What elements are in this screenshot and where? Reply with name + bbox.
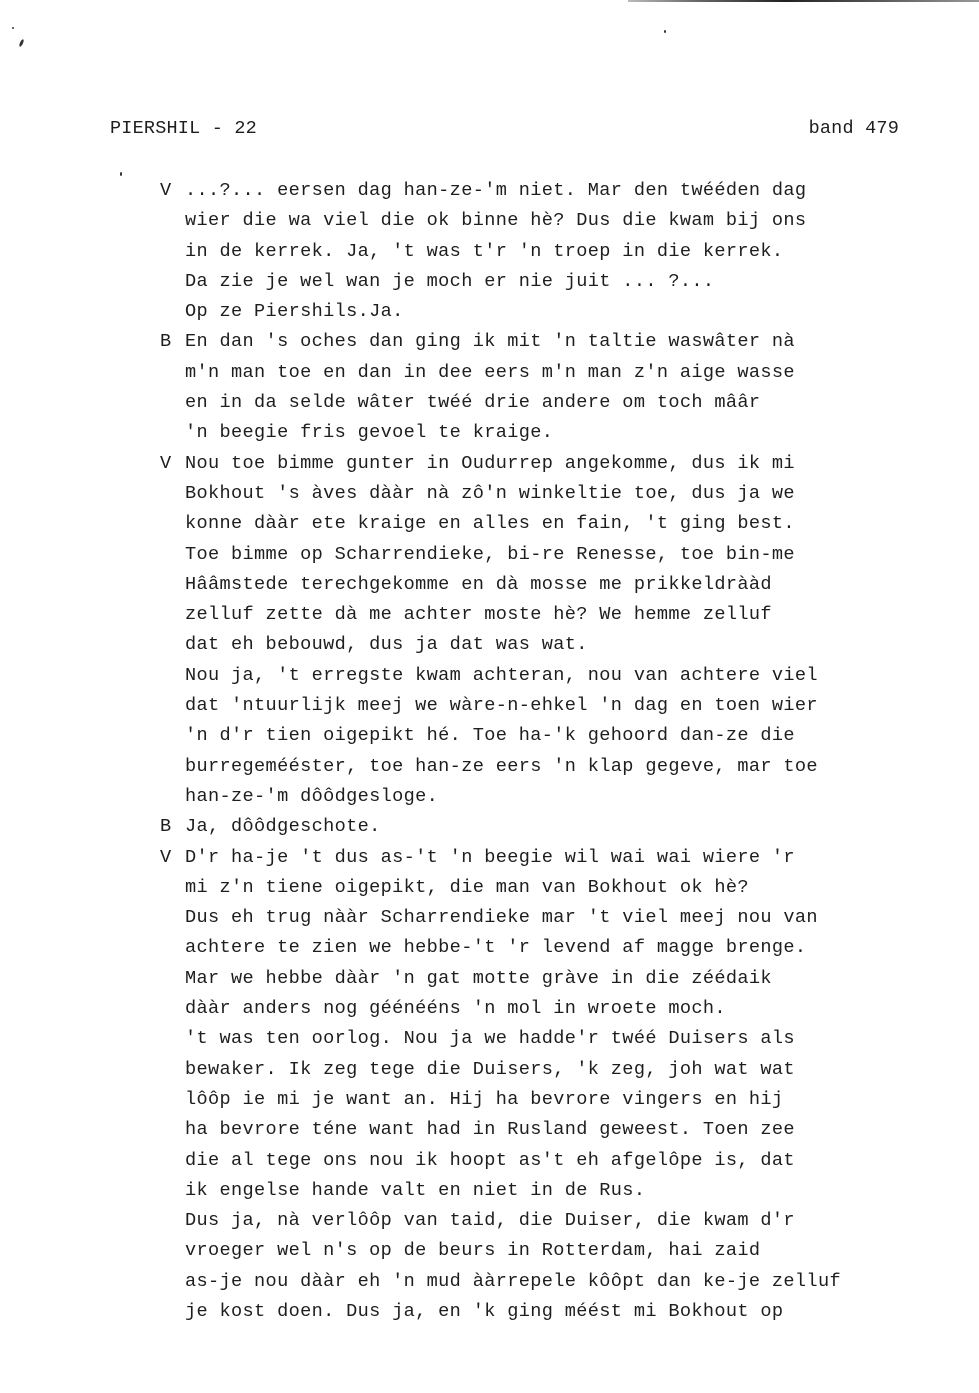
transcript-line: en in da selde wâter twéé drie andere om… (160, 388, 920, 418)
transcript-line: Op ze Piershils.Ja. (160, 297, 920, 327)
transcript-line: Mar we hebbe dààr 'n gat motte gràve in … (160, 964, 920, 994)
transcript-line: ik engelse hande valt en niet in de Rus. (160, 1176, 920, 1206)
transcript-line: dààr anders nog géénééns 'n mol in wroet… (160, 994, 920, 1024)
line-text: lôôp ie mi je want an. Hij ha bevrore vi… (185, 1085, 783, 1115)
transcript-line: 'n beegie fris gevoel te kraige. (160, 418, 920, 448)
tape-number: band 479 (809, 118, 899, 139)
line-text: Nou toe bimme gunter in Oudurrep angekom… (185, 449, 795, 479)
speaker-label: B (160, 812, 172, 842)
transcript-line: wier die wa viel die ok binne hè? Dus di… (160, 206, 920, 236)
speaker-label: V (160, 176, 172, 206)
scan-speck (18, 39, 24, 48)
transcript-line: dat 'ntuurlijk meej we wàre-n-ehkel 'n d… (160, 691, 920, 721)
line-text: 'n beegie fris gevoel te kraige. (185, 418, 553, 448)
line-text: Da zie je wel wan je moch er nie juit ..… (185, 267, 714, 297)
transcript-line: Hââmstede terechgekomme en dà mosse me p… (160, 570, 920, 600)
transcript-line: V...?... eersen dag han-ze-'m niet. Mar … (160, 176, 920, 206)
line-text: 'n d'r tien oigepikt hé. Toe ha-'k gehoo… (185, 721, 795, 751)
line-text: zelluf zette dà me achter moste hè? We h… (185, 600, 772, 630)
line-text: han-ze-'m dôôdgesloge. (185, 782, 438, 812)
line-text: D'r ha-je 't dus as-'t 'n beegie wil wai… (185, 843, 795, 873)
transcript-line: bewaker. Ik zeg tege die Duisers, 'k zeg… (160, 1055, 920, 1085)
line-text: Hââmstede terechgekomme en dà mosse me p… (185, 570, 772, 600)
transcript-line: in de kerrek. Ja, 't was t'r 'n troep in… (160, 237, 920, 267)
transcript-line: dat eh bebouwd, dus ja dat was wat. (160, 630, 920, 660)
transcript-body: V...?... eersen dag han-ze-'m niet. Mar … (160, 176, 920, 1327)
transcript-line: burregemééster, toe han-ze eers 'n klap … (160, 752, 920, 782)
transcript-line: Toe bimme op Scharrendieke, bi-re Reness… (160, 540, 920, 570)
line-text: as-je nou dààr eh 'n mud ààrrepele kôôpt… (185, 1267, 841, 1297)
transcript-line: zelluf zette dà me achter moste hè? We h… (160, 600, 920, 630)
line-text: en in da selde wâter twéé drie andere om… (185, 388, 760, 418)
transcript-line: VNou toe bimme gunter in Oudurrep angeko… (160, 449, 920, 479)
transcript-line: Bokhout 's àves dààr nà zô'n winkeltie t… (160, 479, 920, 509)
line-text: mi z'n tiene oigepikt, die man van Bokho… (185, 873, 749, 903)
line-text: Dus ja, nà verlôôp van taid, die Duiser,… (185, 1206, 795, 1236)
scan-edge-line (628, 0, 979, 2)
transcript-line: VD'r ha-je 't dus as-'t 'n beegie wil wa… (160, 843, 920, 873)
line-text: ik engelse hande valt en niet in de Rus. (185, 1176, 645, 1206)
scan-speck (12, 27, 14, 29)
transcript-line: 't was ten oorlog. Nou ja we hadde'r twé… (160, 1024, 920, 1054)
line-text: je kost doen. Dus ja, en 'k ging méést m… (185, 1297, 783, 1327)
line-text: m'n man toe en dan in dee eers m'n man z… (185, 358, 795, 388)
transcript-line: ha bevrore téne want had in Rusland gewe… (160, 1115, 920, 1145)
line-text: bewaker. Ik zeg tege die Duisers, 'k zeg… (185, 1055, 795, 1085)
transcript-line: as-je nou dààr eh 'n mud ààrrepele kôôpt… (160, 1267, 920, 1297)
scan-speck (120, 172, 122, 176)
line-text: dat eh bebouwd, dus ja dat was wat. (185, 630, 588, 660)
line-text: Bokhout 's àves dààr nà zô'n winkeltie t… (185, 479, 795, 509)
transcript-line: Dus ja, nà verlôôp van taid, die Duiser,… (160, 1206, 920, 1236)
transcript-line: m'n man toe en dan in dee eers m'n man z… (160, 358, 920, 388)
page-header: PIERSHIL - 22 band 479 (110, 118, 899, 142)
scan-speck (664, 30, 666, 33)
line-text: Ja, dôôdgeschote. (185, 812, 381, 842)
speaker-label: V (160, 449, 172, 479)
transcript-line: mi z'n tiene oigepikt, die man van Bokho… (160, 873, 920, 903)
document-title: PIERSHIL - 22 (110, 118, 257, 139)
transcript-line: je kost doen. Dus ja, en 'k ging méést m… (160, 1297, 920, 1327)
speaker-label: B (160, 327, 172, 357)
line-text: Toe bimme op Scharrendieke, bi-re Reness… (185, 540, 795, 570)
transcript-line: vroeger wel n's op de beurs in Rotterdam… (160, 1236, 920, 1266)
line-text: Dus eh trug nààr Scharrendieke mar 't vi… (185, 903, 818, 933)
line-text: dààr anders nog géénééns 'n mol in wroet… (185, 994, 726, 1024)
transcript-line: 'n d'r tien oigepikt hé. Toe ha-'k gehoo… (160, 721, 920, 751)
line-text: burregemééster, toe han-ze eers 'n klap … (185, 752, 818, 782)
line-text: Nou ja, 't erregste kwam achteran, nou v… (185, 661, 818, 691)
transcript-line: konne dààr ete kraige en alles en fain, … (160, 509, 920, 539)
line-text: achtere te zien we hebbe-'t 'r levend af… (185, 933, 806, 963)
line-text: En dan 's oches dan ging ik mit 'n talti… (185, 327, 795, 357)
transcript-line: die al tege ons nou ik hoopt as't eh afg… (160, 1146, 920, 1176)
line-text: ha bevrore téne want had in Rusland gewe… (185, 1115, 795, 1145)
line-text: 't was ten oorlog. Nou ja we hadde'r twé… (185, 1024, 795, 1054)
transcript-line: han-ze-'m dôôdgesloge. (160, 782, 920, 812)
line-text: die al tege ons nou ik hoopt as't eh afg… (185, 1146, 795, 1176)
transcript-line: BEn dan 's oches dan ging ik mit 'n talt… (160, 327, 920, 357)
line-text: vroeger wel n's op de beurs in Rotterdam… (185, 1236, 760, 1266)
transcript-line: Da zie je wel wan je moch er nie juit ..… (160, 267, 920, 297)
speaker-label: V (160, 843, 172, 873)
line-text: in de kerrek. Ja, 't was t'r 'n troep in… (185, 237, 783, 267)
transcript-line: Nou ja, 't erregste kwam achteran, nou v… (160, 661, 920, 691)
line-text: Mar we hebbe dààr 'n gat motte gràve in … (185, 964, 772, 994)
line-text: wier die wa viel die ok binne hè? Dus di… (185, 206, 806, 236)
line-text: ...?... eersen dag han-ze-'m niet. Mar d… (185, 176, 806, 206)
line-text: Op ze Piershils.Ja. (185, 297, 404, 327)
transcript-line: Dus eh trug nààr Scharrendieke mar 't vi… (160, 903, 920, 933)
line-text: konne dààr ete kraige en alles en fain, … (185, 509, 795, 539)
transcript-line: achtere te zien we hebbe-'t 'r levend af… (160, 933, 920, 963)
transcript-line: lôôp ie mi je want an. Hij ha bevrore vi… (160, 1085, 920, 1115)
transcript-line: BJa, dôôdgeschote. (160, 812, 920, 842)
line-text: dat 'ntuurlijk meej we wàre-n-ehkel 'n d… (185, 691, 818, 721)
